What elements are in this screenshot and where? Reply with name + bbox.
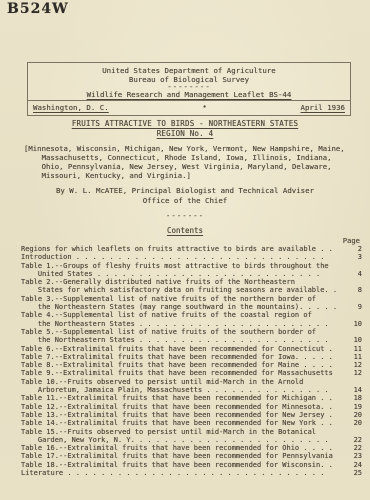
contents-entry-page: 10	[351, 336, 362, 344]
contents-heading-text: Contents	[167, 226, 203, 235]
contents-entry-page: 22	[351, 436, 362, 444]
contents-entry: Table 9.--Extralimital fruits that have …	[21, 369, 362, 377]
contents-entry-text: Table 8.--Extralimital fruits that have …	[21, 361, 333, 369]
states-line: Missouri, Kentucky, and Virginia.]	[24, 171, 360, 180]
contents-entry-text: United States . . . . . . . . . . . . . …	[21, 270, 320, 278]
document-page: B524W United States Department of Agricu…	[0, 0, 370, 500]
contents-entry: Literature . . . . . . . . . . . . . . .…	[21, 469, 362, 477]
contents-entry-text: Table 2.--Generally distributed native f…	[21, 278, 295, 286]
contents-entry: Arboretum, Jamaica Plain, Massachusetts …	[21, 386, 362, 394]
contents-entry: the Northeastern States (may range south…	[21, 303, 362, 311]
publication-header-box: United States Department of Agriculture …	[27, 62, 351, 116]
place-line: Washington, D. C.	[33, 103, 109, 112]
contents-entry-page: 8	[351, 286, 362, 294]
contents-heading: Contents	[0, 226, 370, 235]
states-coverage-note: [Minnesota, Wisconsin, Michigan, New Yor…	[24, 144, 360, 180]
contents-entry: Table 18.--Extralimital fruits that have…	[21, 461, 362, 469]
page-column-label: Page	[0, 236, 360, 245]
contents-entry-page: 4	[351, 270, 362, 278]
contents-entry: States for which satisfactory data on fr…	[21, 286, 362, 294]
contents-entry-text: Table 5.--Supplemental list of native fr…	[21, 328, 316, 336]
contents-entry-text: Arboretum, Jamaica Plain, Massachusetts …	[21, 386, 329, 394]
contents-list: Regions for which leaflets on fruits att…	[21, 245, 362, 477]
title-line-1: FRUITS ATTRACTIVE TO BIRDS - NORTHEASTER…	[0, 119, 370, 129]
contents-entry: Table 8.--Extralimital fruits that have …	[21, 361, 362, 369]
states-line: Massachusetts, Connecticut, Rhode Island…	[24, 153, 360, 162]
contents-entry-page: 14	[351, 386, 362, 394]
contents-entry-text: Table 16.--Extralimital fruits that have…	[21, 444, 333, 452]
contents-entry-text: Table 17.--Extralimital fruits that have…	[21, 452, 333, 460]
contents-entry: Table 15.--Fruits observed to persist un…	[21, 428, 362, 436]
office-line: Office of the Chief	[0, 196, 370, 206]
contents-entry: the Northeastern States . . . . . . . . …	[21, 320, 362, 328]
author-line: By W. L. McATEE, Principal Biologist and…	[0, 186, 370, 196]
department-line: United States Department of Agriculture	[28, 63, 350, 75]
date-line: April 1936	[301, 103, 346, 112]
contents-entry-text: Table 4.--Supplemental list of native fr…	[21, 311, 312, 319]
contents-entry: Table 14.--Extralimital fruits that have…	[21, 419, 362, 427]
leaflet-series-title: Wildlife Research and Management Leaflet…	[87, 90, 292, 99]
contents-entry: Introduction . . . . . . . . . . . . . .…	[21, 253, 362, 261]
contents-entry: Table 17.--Extralimital fruits that have…	[21, 452, 362, 460]
contents-entry-text: Introduction . . . . . . . . . . . . . .…	[21, 253, 324, 261]
contents-entry-page: 12	[351, 361, 362, 369]
separator-dot: •	[202, 103, 206, 112]
document-title: FRUITS ATTRACTIVE TO BIRDS - NORTHEASTER…	[0, 119, 370, 139]
contents-entry-text: Regions for which leaflets on fruits att…	[21, 245, 333, 253]
contents-entry-page: 11	[351, 345, 362, 353]
contents-entry: Table 2.--Generally distributed native f…	[21, 278, 362, 286]
contents-entry-text: Table 12.--Extralimital fruits that have…	[21, 403, 333, 411]
contents-entry: Table 5.--Supplemental list of native fr…	[21, 328, 362, 336]
place-date-row: Washington, D. C. • April 1936	[28, 101, 350, 115]
contents-entry: Table 10.--Fruits observed to persist un…	[21, 378, 362, 386]
contents-entry-page: 20	[351, 419, 362, 427]
contents-entry-page: 20	[351, 411, 362, 419]
contents-entry-text: Table 13.--Extralimital fruits that have…	[21, 411, 333, 419]
contents-entry: Table 13.--Extralimital fruits that have…	[21, 411, 362, 419]
contents-entry: Table 16.--Extralimital fruits that have…	[21, 444, 362, 452]
contents-entry-page: 2	[351, 245, 362, 253]
states-line: Ohio, Pennsylvania, New Jersey, West Vir…	[24, 162, 360, 171]
contents-entry-page: 19	[351, 403, 362, 411]
contents-entry-text: Table 15.--Fruits observed to persist un…	[21, 428, 316, 436]
contents-entry-page: 25	[351, 469, 362, 477]
contents-entry-text: Table 11.--Extralimital fruits that have…	[21, 394, 333, 402]
contents-entry: Table 4.--Supplemental list of native fr…	[21, 311, 362, 319]
contents-entry: Regions for which leaflets on fruits att…	[21, 245, 362, 253]
contents-entry-page: 22	[351, 444, 362, 452]
contents-entry: Table 3.--Supplemental list of native fr…	[21, 295, 362, 303]
contents-entry: Garden, New York, N. Y. . . . . . . . . …	[21, 436, 362, 444]
contents-entry: Table 12.--Extralimital fruits that have…	[21, 403, 362, 411]
contents-entry-text: Garden, New York, N. Y. . . . . . . . . …	[21, 436, 329, 444]
contents-entry: Table 6.--Extralimital fruits that have …	[21, 345, 362, 353]
contents-entry-text: the Northeastern States . . . . . . . . …	[21, 320, 329, 328]
states-line: [Minnesota, Wisconsin, Michigan, New Yor…	[24, 144, 360, 153]
contents-entry-text: Table 9.--Extralimital fruits that have …	[21, 369, 333, 377]
contents-entry-text: Literature . . . . . . . . . . . . . . .…	[21, 469, 324, 477]
contents-entry-page: 23	[351, 452, 362, 460]
contents-entry-text: Table 1.--Groups of fleshy fruits most a…	[21, 262, 329, 270]
leaflet-series-line: Wildlife Research and Management Leaflet…	[28, 90, 350, 101]
contents-entry-page: 3	[351, 253, 362, 261]
contents-entry: Table 11.--Extralimital fruits that have…	[21, 394, 362, 402]
handwritten-accession-mark: B524W	[7, 1, 69, 17]
contents-entry-text: Table 14.--Extralimital fruits that have…	[21, 419, 333, 427]
contents-entry: the Northeastern States . . . . . . . . …	[21, 336, 362, 344]
title-line-2: REGION No. 4	[0, 129, 370, 139]
contents-entry-text: the Northeastern States (may range south…	[21, 303, 337, 311]
contents-entry: Table 7.--Extralimital fruits that have …	[21, 353, 362, 361]
byline: By W. L. McATEE, Principal Biologist and…	[0, 186, 370, 205]
contents-entry-text: the Northeastern States . . . . . . . . …	[21, 336, 329, 344]
contents-entry-page: 11	[351, 353, 362, 361]
contents-entry-text: Table 10.--Fruits observed to persist un…	[21, 378, 303, 386]
divider-dashes: -------	[0, 211, 370, 220]
contents-entry-text: Table 3.--Supplemental list of native fr…	[21, 295, 316, 303]
contents-entry-text: States for which satisfactory data on fr…	[21, 286, 337, 294]
contents-entry-page: 18	[351, 394, 362, 402]
contents-entry-page: 10	[351, 320, 362, 328]
contents-entry-text: Table 18.--Extralimital fruits that have…	[21, 461, 333, 469]
contents-entry-page: 12	[351, 369, 362, 377]
contents-entry: Table 1.--Groups of fleshy fruits most a…	[21, 262, 362, 270]
contents-entry: United States . . . . . . . . . . . . . …	[21, 270, 362, 278]
contents-entry-page: 24	[351, 461, 362, 469]
contents-entry-page: 9	[351, 303, 362, 311]
contents-entry-text: Table 6.--Extralimital fruits that have …	[21, 345, 333, 353]
contents-entry-text: Table 7.--Extralimital fruits that have …	[21, 353, 333, 361]
